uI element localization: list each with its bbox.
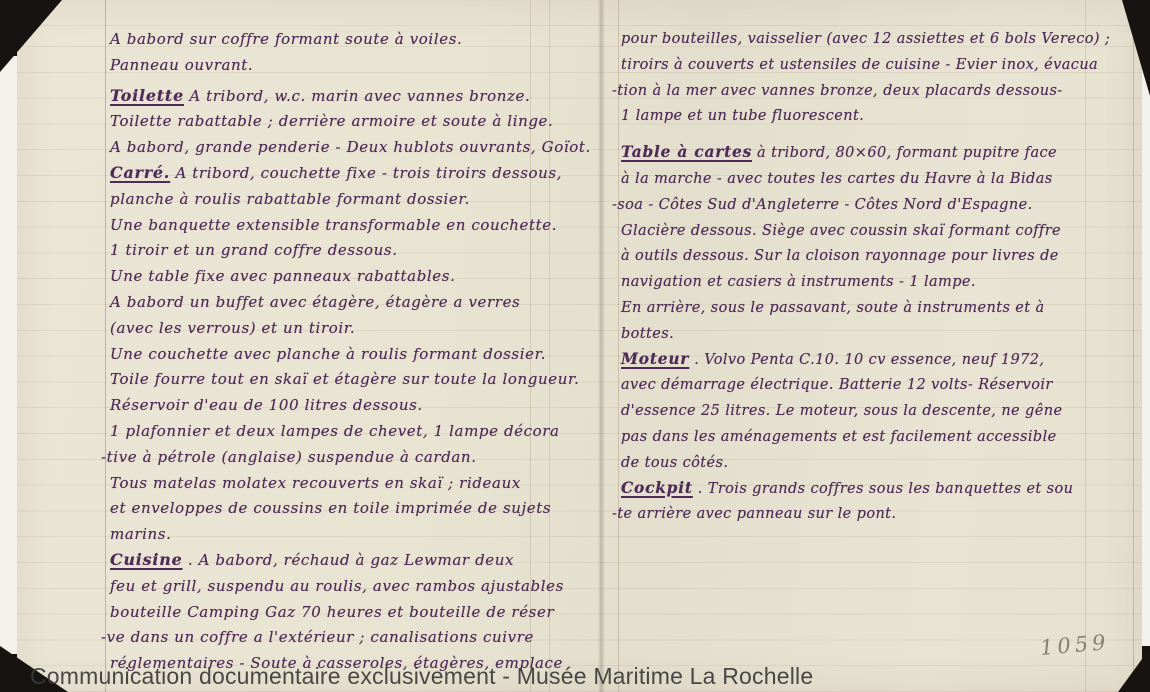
line-text: A tribord, couchette fixe - trois tiroir… xyxy=(170,164,562,182)
handwritten-line: A babord sur coffre formant soute à voil… xyxy=(110,26,600,52)
scan-edge-left xyxy=(0,56,17,654)
line-text: Une table fixe avec panneaux rabattables… xyxy=(110,267,455,285)
handwritten-line: Toilette rabattable ; derrière armoire e… xyxy=(110,108,600,134)
handwritten-line: feu et grill, suspendu au roulis, avec r… xyxy=(110,573,600,599)
handwritten-line: marins. xyxy=(110,521,600,547)
handwritten-line: (avec les verrous) et un tiroir. xyxy=(110,315,600,341)
handwritten-line: Une table fixe avec panneaux rabattables… xyxy=(110,263,600,289)
line-text: avec démarrage électrique. Batterie 12 v… xyxy=(621,377,1053,393)
line-text: 1 tiroir et un grand coffre dessous. xyxy=(110,241,398,259)
line-text: . Volvo Penta C.10. 10 cv essence, neuf … xyxy=(689,352,1044,368)
line-text: Panneau ouvrant. xyxy=(110,56,253,74)
line-text: bouteille Camping Gaz 70 heures et boute… xyxy=(110,603,554,621)
line-text: navigation et casiers à instruments - 1 … xyxy=(621,274,976,290)
line-text: A babord, grande penderie - Deux hublots… xyxy=(110,138,591,156)
handwritten-line: à outils dessous. Sur la cloison rayonna… xyxy=(621,243,1143,269)
handwritten-line: -tion à la mer avec vannes bronze, deux … xyxy=(612,78,1143,104)
handwritten-line: Toile fourre tout en skaï et étagère sur… xyxy=(110,366,600,392)
line-text: -tion à la mer avec vannes bronze, deux … xyxy=(612,83,1063,99)
line-text: Toilette rabattable ; derrière armoire e… xyxy=(110,112,553,130)
line-text: -te arrière avec panneau sur le pont. xyxy=(612,506,896,522)
handwritten-line: 1 lampe et un tube fluorescent. xyxy=(621,103,1143,129)
line-text: 1 lampe et un tube fluorescent. xyxy=(621,108,864,124)
handwritten-line: navigation et casiers à instruments - 1 … xyxy=(621,269,1143,295)
handwritten-line: pour bouteilles, vaisselier (avec 12 ass… xyxy=(621,26,1143,52)
line-text: A tribord, w.c. marin avec vannes bronze… xyxy=(184,87,530,105)
handwritten-line: 1 plafonnier et deux lampes de chevet, 1… xyxy=(110,418,600,444)
section-heading-moteur: Moteur xyxy=(621,350,689,368)
handwritten-line: Panneau ouvrant. xyxy=(110,52,600,78)
watermark-caption: Communication documentaire exclusivement… xyxy=(30,663,813,690)
handwritten-line: avec démarrage électrique. Batterie 12 v… xyxy=(621,372,1143,398)
line-text: tiroirs à couverts et ustensiles de cuis… xyxy=(621,57,1098,73)
section-heading-cockpit: Cockpit xyxy=(621,479,693,497)
handwritten-line: -te arrière avec panneau sur le pont. xyxy=(612,501,1143,527)
handwritten-line: pas dans les aménagements et est facilem… xyxy=(621,424,1143,450)
line-text: à la marche - avec toutes les cartes du … xyxy=(621,171,1053,187)
right-column: pour bouteilles, vaisselier (avec 12 ass… xyxy=(621,26,1143,527)
handwritten-line: Carré. A tribord, couchette fixe - trois… xyxy=(110,160,600,186)
handwritten-line: d'essence 25 litres. Le moteur, sous la … xyxy=(621,398,1143,424)
handwritten-line: Une banquette extensible transformable e… xyxy=(110,212,600,238)
line-text: pour bouteilles, vaisselier (avec 12 ass… xyxy=(621,31,1110,47)
left-column: A babord sur coffre formant soute à voil… xyxy=(110,26,600,676)
line-text: à outils dessous. Sur la cloison rayonna… xyxy=(621,248,1059,264)
handwritten-line: planche à roulis rabattable formant doss… xyxy=(110,186,600,212)
line-text: Une banquette extensible transformable e… xyxy=(110,216,557,234)
line-text: Réservoir d'eau de 100 litres dessous. xyxy=(110,396,423,414)
margin-rule-line xyxy=(105,0,106,692)
line-text: . Trois grands coffres sous les banquett… xyxy=(693,481,1074,497)
handwritten-line: Moteur . Volvo Penta C.10. 10 cv essence… xyxy=(621,347,1143,373)
section-heading-toilette: Toilette xyxy=(110,86,184,105)
section-heading-cuisine: Cuisine xyxy=(110,550,182,569)
handwritten-line: 1 tiroir et un grand coffre dessous. xyxy=(110,237,600,263)
handwritten-line: A babord, grande penderie - Deux hublots… xyxy=(110,134,600,160)
line-text: -tive à pétrole (anglaise) suspendue à c… xyxy=(101,448,477,466)
line-text: d'essence 25 litres. Le moteur, sous la … xyxy=(621,403,1062,419)
handwritten-line: Cockpit . Trois grands coffres sous les … xyxy=(621,476,1143,502)
line-text: feu et grill, suspendu au roulis, avec r… xyxy=(110,577,564,595)
handwritten-line: En arrière, sous le passavant, soute à i… xyxy=(621,295,1143,321)
handwritten-line: bouteille Camping Gaz 70 heures et boute… xyxy=(110,599,600,625)
line-text: A babord sur coffre formant soute à voil… xyxy=(110,30,462,48)
line-text: Tous matelas molatex recouverts en skaï … xyxy=(110,474,521,492)
handwritten-line: bottes. xyxy=(621,321,1143,347)
line-text: marins. xyxy=(110,525,171,543)
handwritten-line: A babord un buffet avec étagère, étagère… xyxy=(110,289,600,315)
section-heading-table-a-cartes: Table à cartes xyxy=(621,143,752,161)
handwritten-line: tiroirs à couverts et ustensiles de cuis… xyxy=(621,52,1143,78)
handwritten-line: Tous matelas molatex recouverts en skaï … xyxy=(110,470,600,496)
fold-line xyxy=(618,0,619,692)
handwritten-line: Réservoir d'eau de 100 litres dessous. xyxy=(110,392,600,418)
handwritten-line: Une couchette avec planche à roulis form… xyxy=(110,341,600,367)
line-text: Glacière dessous. Siège avec coussin ska… xyxy=(621,223,1061,239)
section-heading-carre: Carré. xyxy=(110,163,170,182)
handwritten-line: -tive à pétrole (anglaise) suspendue à c… xyxy=(101,444,600,470)
handwritten-line: Table à cartes à tribord, 80×60, formant… xyxy=(621,140,1143,166)
line-text: En arrière, sous le passavant, soute à i… xyxy=(621,300,1045,316)
handwritten-line: Toilette A tribord, w.c. marin avec vann… xyxy=(110,83,600,109)
handwritten-line: de tous côtés. xyxy=(621,450,1143,476)
handwritten-line: Glacière dessous. Siège avec coussin ska… xyxy=(621,218,1143,244)
line-text: de tous côtés. xyxy=(621,455,728,471)
line-text: à tribord, 80×60, formant pupitre face xyxy=(752,145,1057,161)
handwritten-line: et enveloppes de coussins en toile impri… xyxy=(110,495,600,521)
line-text: Toile fourre tout en skaï et étagère sur… xyxy=(110,370,579,388)
line-text: pas dans les aménagements et est facilem… xyxy=(621,429,1057,445)
line-text: 1 plafonnier et deux lampes de chevet, 1… xyxy=(110,422,560,440)
handwritten-line: -soa - Côtes Sud d'Angleterre - Côtes No… xyxy=(612,192,1143,218)
handwritten-line: Cuisine . A babord, réchaud à gaz Lewmar… xyxy=(110,547,600,573)
handwritten-line: -ve dans un coffre a l'extérieur ; canal… xyxy=(101,624,600,650)
line-text: (avec les verrous) et un tiroir. xyxy=(110,319,355,337)
handwritten-line: à la marche - avec toutes les cartes du … xyxy=(621,166,1143,192)
line-text: Une couchette avec planche à roulis form… xyxy=(110,345,546,363)
line-text: planche à roulis rabattable formant doss… xyxy=(110,190,470,208)
line-text: -ve dans un coffre a l'extérieur ; canal… xyxy=(101,628,534,646)
line-text: et enveloppes de coussins en toile impri… xyxy=(110,499,551,517)
line-text: A babord un buffet avec étagère, étagère… xyxy=(110,293,520,311)
line-text: bottes. xyxy=(621,326,674,342)
line-text: -soa - Côtes Sud d'Angleterre - Côtes No… xyxy=(612,197,1033,213)
line-text: . A babord, réchaud à gaz Lewmar deux xyxy=(182,551,514,569)
